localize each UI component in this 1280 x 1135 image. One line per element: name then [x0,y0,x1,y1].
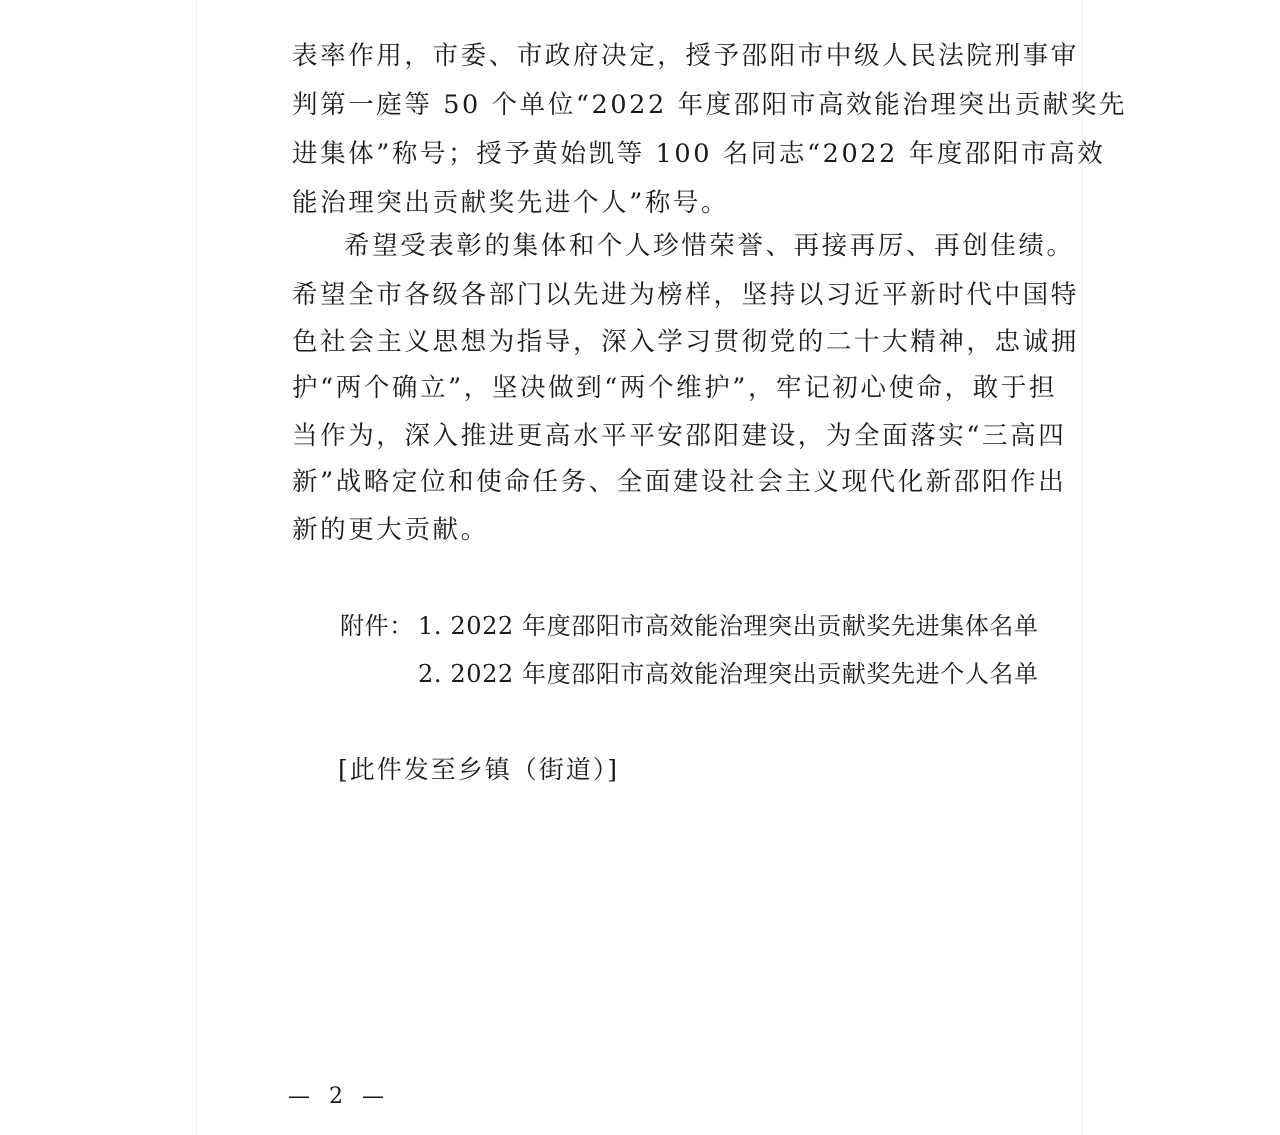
page-edge-right [1082,0,1083,1135]
attachment-item: 1. 2022 年度邵阳市高效能治理突出贡献奖先进集体名单 [418,610,1039,642]
text-line: 色社会主义思想为指导，深入学习贯彻党的二十大精神，忠诚拥 [292,326,1038,358]
text-line: 表率作用，市委、市政府决定，授予邵阳市中级人民法院刑事审 [292,40,1038,72]
text-line: 当作为，深入推进更高水平平安邵阳建设，为全面落实“三高四 [292,420,1038,452]
page-number: — 2 — [288,1082,390,1112]
attachments-label: 附件： [340,610,414,642]
text-line: 新的更大贡献。 [292,514,1038,546]
text-line: 判第一庭等 50 个单位“2022 年度邵阳市高效能治理突出贡献奖先 [292,89,1038,121]
page-edge-left [196,0,197,1135]
text-line: 能治理突出贡献奖先进个人”称号。 [292,187,1038,219]
text-line: 希望全市各级各部门以先进为榜样，坚持以习近平新时代中国特 [292,279,1038,311]
text-line: 希望受表彰的集体和个人珍惜荣誉、再接再厉、再创佳绩。 [344,230,1038,262]
attachment-item: 2. 2022 年度邵阳市高效能治理突出贡献奖先进个人名单 [418,658,1039,690]
text-line: 新”战略定位和使命任务、全面建设社会主义现代化新邵阳作出 [292,466,1038,498]
distribution-note: [此件发至乡镇（街道）] [338,754,619,786]
text-line: 进集体”称号；授予黄始凯等 100 名同志“2022 年度邵阳市高效 [292,138,1038,170]
text-line: 护“两个确立”，坚决做到“两个维护”，牢记初心使命，敢于担 [292,372,1038,404]
